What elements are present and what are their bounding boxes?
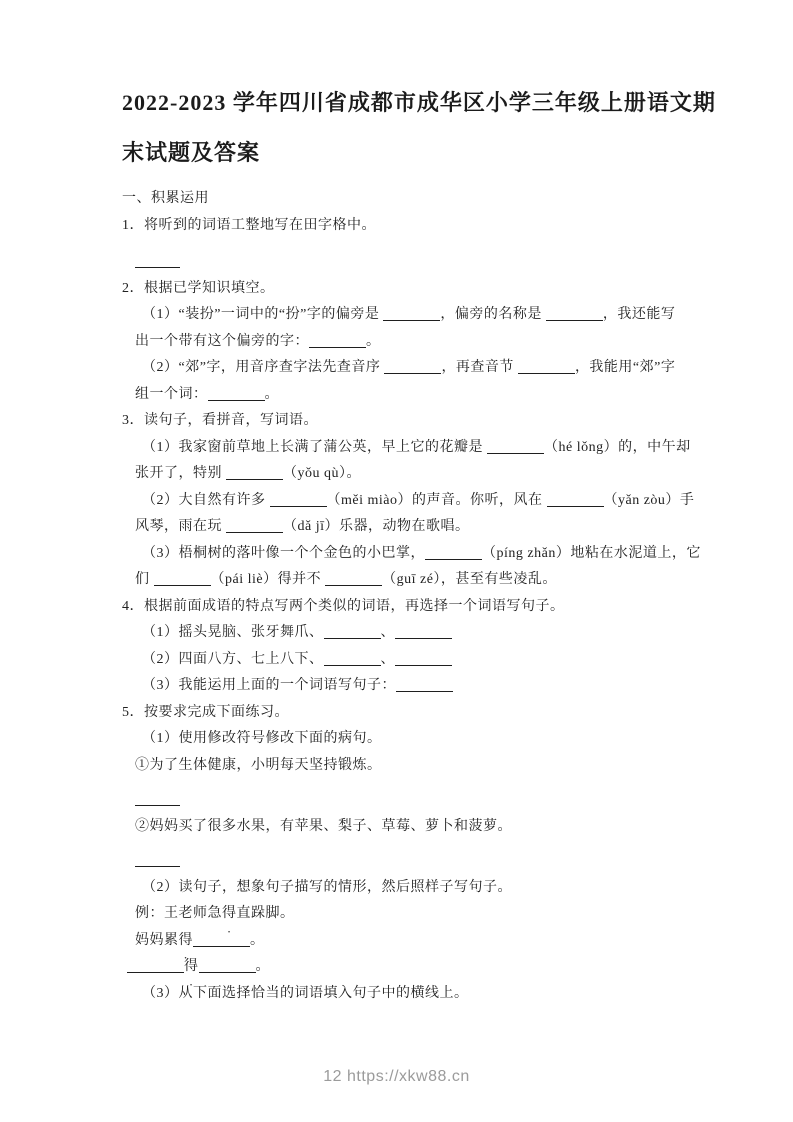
line-text: 。 (366, 334, 381, 349)
line-text: 1．将听到的词语工整地写在田字格中。 (122, 218, 376, 233)
fill-in-blank (154, 570, 211, 586)
line-text: （3）我能运用上面的一个词语写句子： (142, 678, 396, 693)
fill-in-blank (135, 790, 180, 806)
question-4-3: （3）我能运用上面的一个词语写句子： (122, 673, 677, 700)
line-text: 、 (381, 625, 396, 640)
question-5-2: （2）读句子，想象句子描写的情形，然后照样子写句子。 (122, 875, 677, 902)
line-text: 直跺脚。 (237, 906, 295, 921)
line-text: （pái liè）得并不 (211, 572, 326, 587)
fill-in-blank (270, 491, 327, 507)
fill-in-blank (135, 252, 180, 268)
fill-in-blank (199, 957, 256, 973)
document-body: 一、积累运用1．将听到的词语工整地写在田字格中。2．根据已学知识填空。（1）“装… (122, 186, 677, 1007)
fill-in-blank (135, 851, 180, 867)
exam-paper-page: 2022-2023 学年四川省成都市成华区小学三年级上册语文期 末试题及答案 一… (0, 0, 793, 1122)
question-3-2-cont: 风琴，雨在玩 （dǎ jī）乐器，动物在歌唱。 (122, 514, 677, 541)
question-4-1: （1）摇头晃脑、张牙舞爪、、 (122, 620, 677, 647)
question-5-2-line1: 妈妈累得。 (122, 928, 677, 955)
page-footer: 12 https://xkw88.cn (0, 1068, 793, 1086)
line-text: （1）我家窗前草地上长满了蒲公英，早上它的花瓣是 (142, 440, 487, 455)
question-3: 3．读句子，看拼音，写词语。 (122, 408, 677, 435)
line-text: （hé lǒng）的，中午却 (544, 440, 691, 455)
fill-in-blank (193, 931, 250, 947)
page-title-line-1: 2022-2023 学年四川省成都市成华区小学三年级上册语文期 (122, 78, 677, 128)
question-2-2-cont: 组一个词：。 (122, 382, 677, 409)
line-text: 张开了，特别 (135, 466, 226, 481)
fill-in-blank (487, 438, 544, 454)
line-text: 风琴，雨在玩 (135, 519, 226, 534)
emphasized-char: 得 (184, 954, 199, 981)
line-text: 出一个带有这个偏旁的字： (135, 334, 309, 349)
question-2: 2．根据已学知识填空。 (122, 276, 677, 303)
fill-in-blank (383, 305, 440, 321)
line-text: 们 (135, 572, 154, 587)
fill-in-blank (547, 491, 604, 507)
line-text: 。 (256, 959, 271, 974)
answer-blank-line (122, 249, 677, 276)
answer-blank-line (122, 787, 677, 814)
fill-in-blank (208, 385, 265, 401)
line-text: 、 (381, 652, 396, 667)
page-number: 12 (323, 1068, 342, 1085)
emphasized-char: 得 (179, 928, 194, 955)
question-5-3: （3）从下面选择恰当的词语填入句子中的横线上。 (122, 981, 677, 1008)
fill-in-blank (546, 305, 603, 321)
line-text: （2）四面八方、七上八下、 (142, 652, 324, 667)
question-5-1: （1）使用修改符号修改下面的病句。 (122, 726, 677, 753)
question-2-1: （1）“装扮”一词中的“扮”字的偏旁是 ，偏旁的名称是 ，我还能写 (122, 302, 677, 329)
line-text: （1）摇头晃脑、张牙舞爪、 (142, 625, 324, 640)
line-text: 组一个词： (135, 387, 208, 402)
line-text: （1）“装扮”一词中的“扮”字的偏旁是 (142, 307, 383, 322)
line-text: 。 (265, 387, 280, 402)
fill-in-blank (324, 650, 381, 666)
fill-in-blank (518, 358, 575, 374)
fill-in-blank (395, 650, 452, 666)
line-text: （měi miào）的声音。你听，风在 (327, 493, 547, 508)
question-2-2: （2）“郊”字，用音序查字法先查音序 ，再查音节 ，我能用“郊”字 (122, 355, 677, 382)
question-1: 1．将听到的词语工整地写在田字格中。 (122, 213, 677, 240)
line-text: （dǎ jī）乐器，动物在歌唱。 (283, 519, 470, 534)
fill-in-blank (324, 623, 381, 639)
line-text: （2）大自然有许多 (142, 493, 270, 508)
question-5-1-item1: ①为了生体健康，小明每天坚持锻炼。 (122, 753, 677, 780)
fill-in-blank (395, 623, 452, 639)
question-5: 5．按要求完成下面练习。 (122, 700, 677, 727)
question-4: 4．根据前面成语的特点写两个类似的词语，再选择一个词语写句子。 (122, 594, 677, 621)
question-5-1-item2: ②妈妈买了很多水果，有苹果、梨子、草莓、萝卜和菠萝。 (122, 814, 677, 841)
line-text: ，我还能写 (603, 307, 676, 322)
page-title: 2022-2023 学年四川省成都市成华区小学三年级上册语文期 末试题及答案 (122, 78, 677, 178)
line-text: （guī zé），甚至有些凌乱。 (382, 572, 557, 587)
question-4-2: （2）四面八方、七上八下、、 (122, 647, 677, 674)
line-text: 妈妈累 (135, 933, 179, 948)
emphasized-char: 得 (222, 901, 237, 928)
line-text: 一、积累运用 (122, 191, 209, 206)
line-text: （2）“郊”字，用音序查字法先查音序 (142, 360, 384, 375)
fill-in-blank (226, 517, 283, 533)
section-heading: 一、积累运用 (122, 186, 677, 213)
line-text: 3．读句子，看拼音，写词语。 (122, 413, 318, 428)
question-3-1: （1）我家窗前草地上长满了蒲公英，早上它的花瓣是 （hé lǒng）的，中午却 (122, 435, 677, 462)
line-text: 例：王老师急 (135, 906, 222, 921)
fill-in-blank (325, 570, 382, 586)
answer-blank-line (122, 848, 677, 875)
fill-in-blank (425, 544, 482, 560)
question-3-3: （3）梧桐树的落叶像一个个金色的小巴掌，（píng zhǎn）地粘在水泥道上，它 (122, 541, 677, 568)
line-text: （yǎn zòu）手 (604, 493, 695, 508)
line-text: （yǒu qù）。 (283, 466, 361, 481)
line-text: 2．根据已学知识填空。 (122, 281, 275, 296)
fill-in-blank (384, 358, 441, 374)
line-text: ，偏旁的名称是 (440, 307, 546, 322)
line-text: （2）读句子，想象句子描写的情形，然后照样子写句子。 (142, 880, 512, 895)
fill-in-blank (226, 464, 283, 480)
line-text: 5．按要求完成下面练习。 (122, 705, 289, 720)
question-3-1-cont: 张开了，特别 （yǒu qù）。 (122, 461, 677, 488)
question-2-1-cont: 出一个带有这个偏旁的字：。 (122, 329, 677, 356)
line-text: （1）使用修改符号修改下面的病句。 (142, 731, 382, 746)
line-text: ，再查音节 (441, 360, 518, 375)
line-text: （píng zhǎn）地粘在水泥道上，它 (482, 546, 701, 561)
line-text: 。 (250, 933, 265, 948)
question-3-2: （2）大自然有许多 （měi miào）的声音。你听，风在 （yǎn zòu）手 (122, 488, 677, 515)
line-text: ②妈妈买了很多水果，有苹果、梨子、草莓、萝卜和菠萝。 (135, 819, 512, 834)
question-5-2-line2: 得。 (122, 954, 677, 981)
question-3-3-cont: 们 （pái liè）得并不 （guī zé），甚至有些凌乱。 (122, 567, 677, 594)
line-text: 4．根据前面成语的特点写两个类似的词语，再选择一个词语写句子。 (122, 599, 565, 614)
line-text: ①为了生体健康，小明每天坚持锻炼。 (135, 758, 382, 773)
line-text: （3）梧桐树的落叶像一个个金色的小巴掌， (142, 546, 425, 561)
question-5-2-example: 例：王老师急得直跺脚。 (122, 901, 677, 928)
line-text: ，我能用“郊”字 (575, 360, 675, 375)
fill-in-blank (309, 332, 366, 348)
fill-in-blank (127, 957, 184, 973)
fill-in-blank (396, 676, 453, 692)
footer-url: https://xkw88.cn (347, 1068, 470, 1085)
page-title-line-2: 末试题及答案 (122, 128, 677, 178)
